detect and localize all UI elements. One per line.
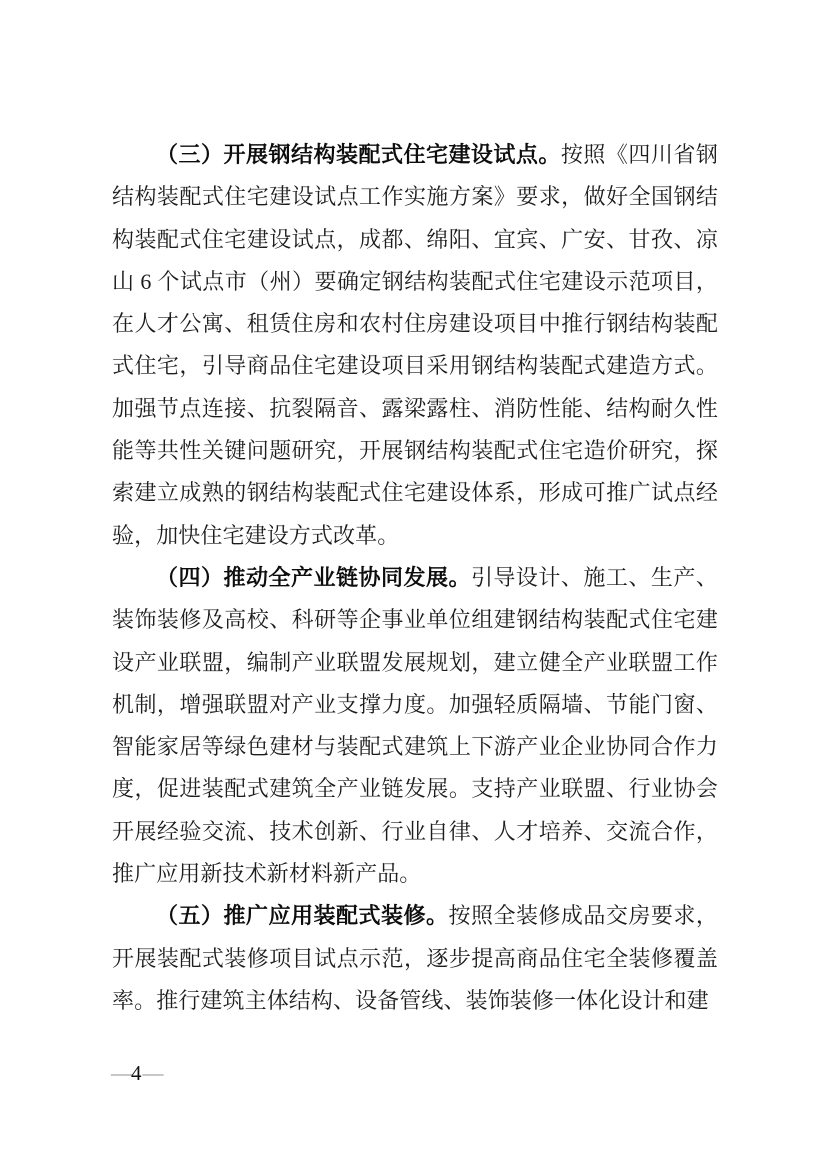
page-number: —4—	[111, 1060, 162, 1086]
page-number-value: 4	[130, 1061, 143, 1085]
paragraph-heading: （三）开展钢结构装配式住宅建设试点。	[156, 142, 561, 167]
page-number-dash-right: —	[143, 1061, 162, 1085]
page-number-dash-left: —	[111, 1061, 130, 1085]
document-page: （三）开展钢结构装配式住宅建设试点。按照《四川省钢结构装配式住宅建设试点工作实施…	[0, 0, 826, 1169]
paragraph-heading: （四）推动全产业链协同发展。	[156, 565, 471, 590]
paragraph-section-5: （五）推广应用装配式装修。按照全装修成品交房要求，开展装配式装修项目试点示范，逐…	[112, 895, 718, 1022]
document-text-block: （三）开展钢结构装配式住宅建设试点。按照《四川省钢结构装配式住宅建设试点工作实施…	[112, 134, 718, 1022]
paragraph-section-4: （四）推动全产业链协同发展。引导设计、施工、生产、装饰装修及高校、科研等企事业单…	[112, 557, 718, 895]
paragraph-heading: （五）推广应用装配式装修。	[156, 903, 448, 928]
paragraph-body: 引导设计、施工、生产、装饰装修及高校、科研等企事业单位组建钢结构装配式住宅建设产…	[112, 565, 718, 886]
paragraph-section-3: （三）开展钢结构装配式住宅建设试点。按照《四川省钢结构装配式住宅建设试点工作实施…	[112, 134, 718, 557]
paragraph-body: 按照《四川省钢结构装配式住宅建设试点工作实施方案》要求，做好全国钢结构装配式住宅…	[112, 142, 718, 548]
